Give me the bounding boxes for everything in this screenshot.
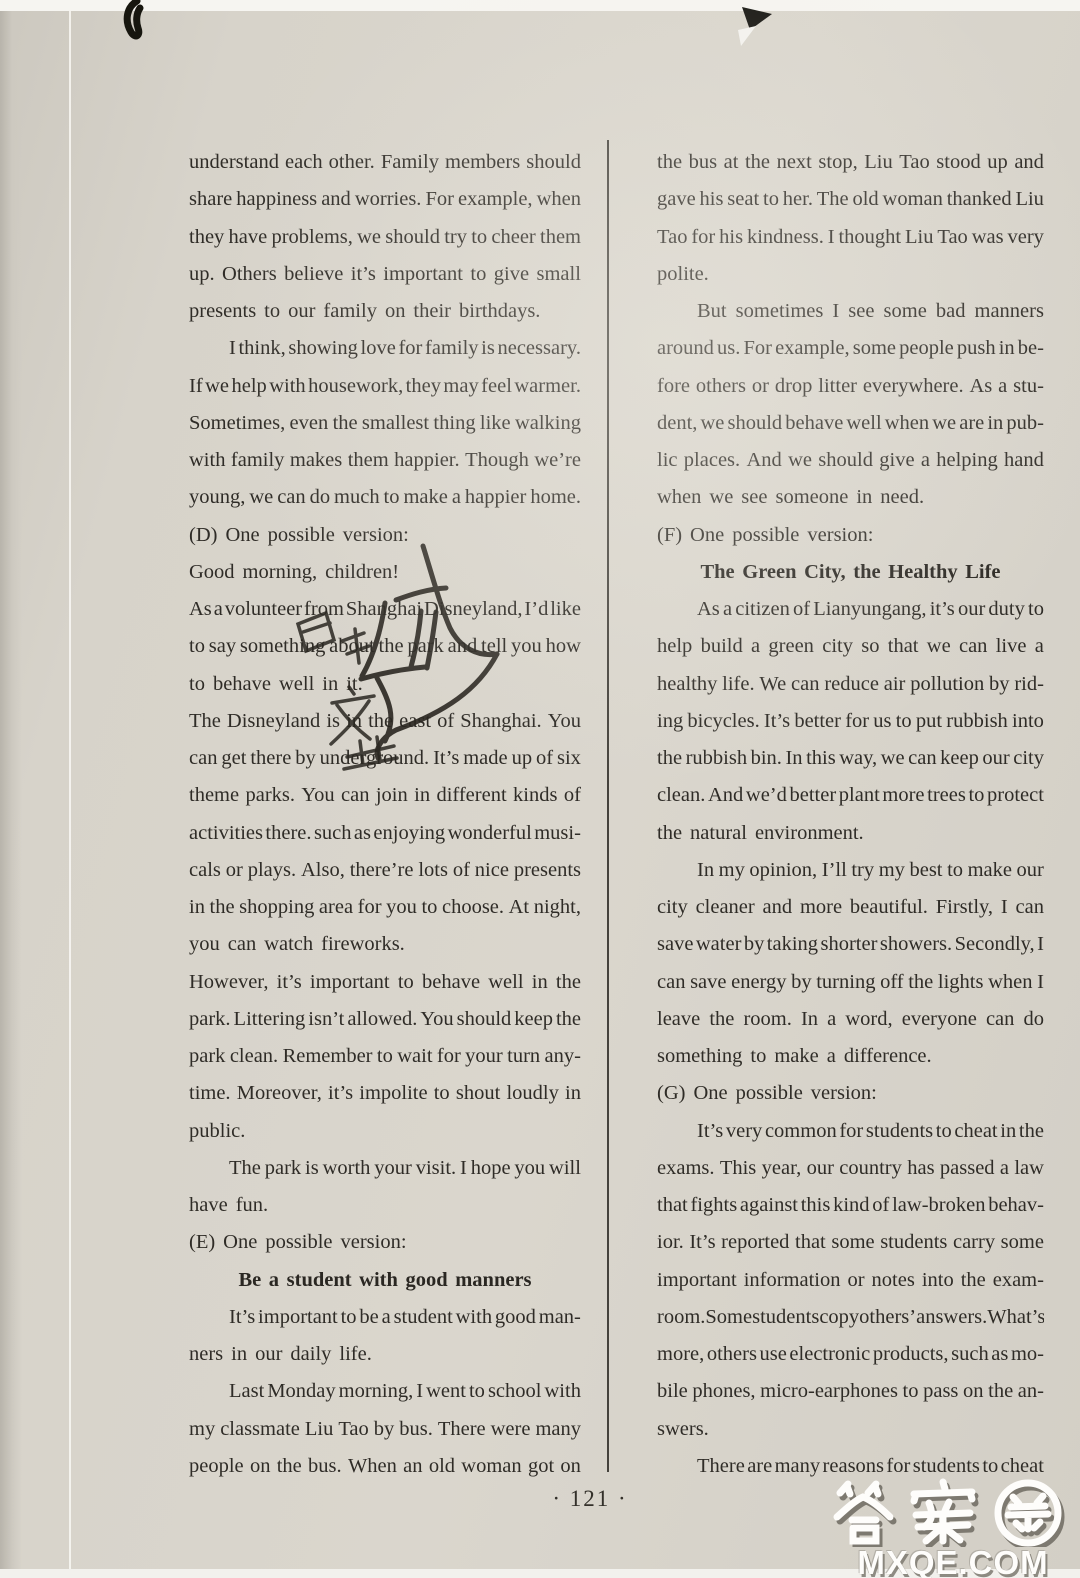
- text-line: However,it’simportanttobehavewellinthe: [189, 964, 581, 1001]
- text-line: Sometimes,eventhesmallestthinglikewalkin…: [189, 405, 581, 442]
- text-line: It’simportanttobeastudentwithgoodman-: [189, 1299, 581, 1336]
- text-line: therubbishbin.Inthisway,wecankeepourcity: [657, 740, 1044, 777]
- text-line: exams.Thisyear,ourcountryhaspassedalaw: [657, 1150, 1044, 1187]
- text-line: cansaveenergybyturningoffthelightswhenI: [657, 964, 1044, 1001]
- text-line: intheshoppingareaforyoutochoose.Atnight,: [189, 889, 581, 926]
- text-line: tosaysomethingabouttheparkandtellyouhow: [189, 628, 581, 665]
- text-line: peopleonthebus.Whenanoldwomangoton: [189, 1448, 581, 1485]
- text-line: dent,weshouldbehavewellwhenweareinpub-: [657, 405, 1044, 442]
- text-line: park.Litteringisn’tallowed.Youshouldkeep…: [189, 1001, 581, 1038]
- essay-heading-line: Be a student with good manners: [189, 1262, 581, 1299]
- text-line: time.Moreover,it’simpolitetoshoutloudlyi…: [189, 1075, 581, 1112]
- scan-spine-shadow: [0, 0, 22, 1578]
- text-line: clean.Andwe’dbetterplantmoretreestoprote…: [657, 777, 1044, 814]
- text-line: presents to our family on their birthday…: [189, 293, 581, 330]
- text-line: swers.: [657, 1411, 1044, 1448]
- text-line: Ithink,showingloveforfamilyisnecessary.: [189, 330, 581, 367]
- text-line: understandeachother.Familymembersshould: [189, 144, 581, 181]
- text-line: It’sverycommonforstudentstocheatinthe: [657, 1113, 1044, 1150]
- text-line: have fun.: [189, 1187, 581, 1224]
- text-line: AsavolunteerfromShanghaiDisneyland,I’dli…: [189, 591, 581, 628]
- essay-heading-line: The Green City, the Healthy Life: [657, 554, 1044, 591]
- text-line: Good morning, children!: [189, 554, 581, 591]
- text-line: up.Othersbelieveit’simportanttogivesmall: [189, 256, 581, 293]
- scan-edge-top: [0, 0, 1080, 11]
- text-line: the natural environment.: [657, 815, 1044, 852]
- text-line: gavehisseattoher.TheoldwomanthankedLiu: [657, 181, 1044, 218]
- text-line: Taoforhiskindness.IthoughtLiuTaowasvery: [657, 219, 1044, 256]
- text-line: when we see someone in need.: [657, 479, 1044, 516]
- text-line: ingbicycles.It’sbetterforustoputrubbishi…: [657, 703, 1044, 740]
- text-line: (D) One possible version:: [189, 517, 581, 554]
- text-column-left: understandeachother.Familymembersshoulds…: [189, 144, 581, 1485]
- text-line: licplaces.Andweshouldgiveahelpinghand: [657, 442, 1044, 479]
- text-line: healthylife.Wecanreduceairpollutionbyrid…: [657, 666, 1044, 703]
- text-line: thatfightsagainstthiskindoflaw-brokenbeh…: [657, 1187, 1044, 1224]
- text-line: bilephones,micro-earphonestopassonthean-: [657, 1373, 1044, 1410]
- text-line: importantinformationornotesintotheexam-: [657, 1262, 1044, 1299]
- text-line: to behave well in it.: [189, 666, 581, 703]
- text-line: ior.It’sreportedthatsomestudentscarrysom…: [657, 1224, 1044, 1261]
- text-line: themeparks.Youcanjoinindifferentkindsof: [189, 777, 581, 814]
- text-line: ners in our daily life.: [189, 1336, 581, 1373]
- text-line: ButsometimesIseesomebadmanners: [657, 293, 1044, 330]
- text-line: TheDisneylandisintheeastofShanghai.You: [189, 703, 581, 740]
- watermark-logo: MXQE.COM: [828, 1477, 1078, 1578]
- text-line: something to make a difference.: [657, 1038, 1044, 1075]
- text-line: polite.: [657, 256, 1044, 293]
- watermark-site-text: MXQE.COM: [828, 1548, 1078, 1578]
- text-line: (E) One possible version:: [189, 1224, 581, 1261]
- text-line: savewaterbytakingshortershowers.Secondly…: [657, 926, 1044, 963]
- text-line: Inmyopinion,I’lltrymybesttomakeour: [657, 852, 1044, 889]
- text-line: activitiesthere.suchasenjoyingwonderfulm…: [189, 815, 581, 852]
- text-line: leavetheroom.Inaword,everyonecando: [657, 1001, 1044, 1038]
- text-line: theyhaveproblems,weshouldtrytocheerthem: [189, 219, 581, 256]
- text-line: sharehappinessandworries.Forexample,when: [189, 181, 581, 218]
- text-line: calsorplays.Also,there’relotsofniceprese…: [189, 852, 581, 889]
- paper-fold-line: [69, 11, 71, 1569]
- text-line: myclassmateLiuTaobybus.Thereweremany: [189, 1411, 581, 1448]
- text-line: Theparkisworthyourvisit.Ihopeyouwill: [189, 1150, 581, 1187]
- text-line: thebusatthenextstop,LiuTaostoodupand: [657, 144, 1044, 181]
- page-number: · 121 ·: [450, 1486, 730, 1512]
- text-line: withfamilymakesthemhappier.Thoughwe’re: [189, 442, 581, 479]
- text-line: more,othersuseelectronicproducts,suchasm…: [657, 1336, 1044, 1373]
- text-line: (G) One possible version:: [657, 1075, 1044, 1112]
- text-line: room.Somestudentscopyothers’answers.What…: [657, 1299, 1044, 1336]
- text-line: AsacitizenofLianyungang,it’sourdutyto: [657, 591, 1044, 628]
- text-line: young,wecandomuchtomakeahappierhome.: [189, 479, 581, 516]
- ink-mark-top-left-icon: [118, 0, 154, 44]
- text-line: LastMondaymorning,Iwenttoschoolwith: [189, 1373, 581, 1410]
- text-line: aroundus.Forexample,somepeoplepushinbe-: [657, 330, 1044, 367]
- text-line: foreothersordroplittereverywhere.Asastu-: [657, 368, 1044, 405]
- watermark-brand-glyphs: [828, 1477, 1078, 1547]
- column-divider-rule: [607, 140, 609, 1472]
- text-line: Ifwehelpwithhousework,theymayfeelwarmer.: [189, 368, 581, 405]
- text-column-right: thebusatthenextstop,LiuTaostoodupandgave…: [657, 144, 1044, 1485]
- text-line: cangettherebyunderground.It’smadeupofsix: [189, 740, 581, 777]
- text-line: public.: [189, 1113, 581, 1150]
- scanned-page: understandeachother.Familymembersshoulds…: [0, 0, 1080, 1578]
- text-line: citycleanerandmorebeautiful.Firstly,Ican: [657, 889, 1044, 926]
- text-line: (F) One possible version:: [657, 517, 1044, 554]
- ink-mark-top-right-icon: [736, 2, 780, 48]
- text-line: helpbuildagreencitysothatwecanlivea: [657, 628, 1044, 665]
- text-line: parkclean.Remembertowaitforyourturnany-: [189, 1038, 581, 1075]
- text-line: you can watch fireworks.: [189, 926, 581, 963]
